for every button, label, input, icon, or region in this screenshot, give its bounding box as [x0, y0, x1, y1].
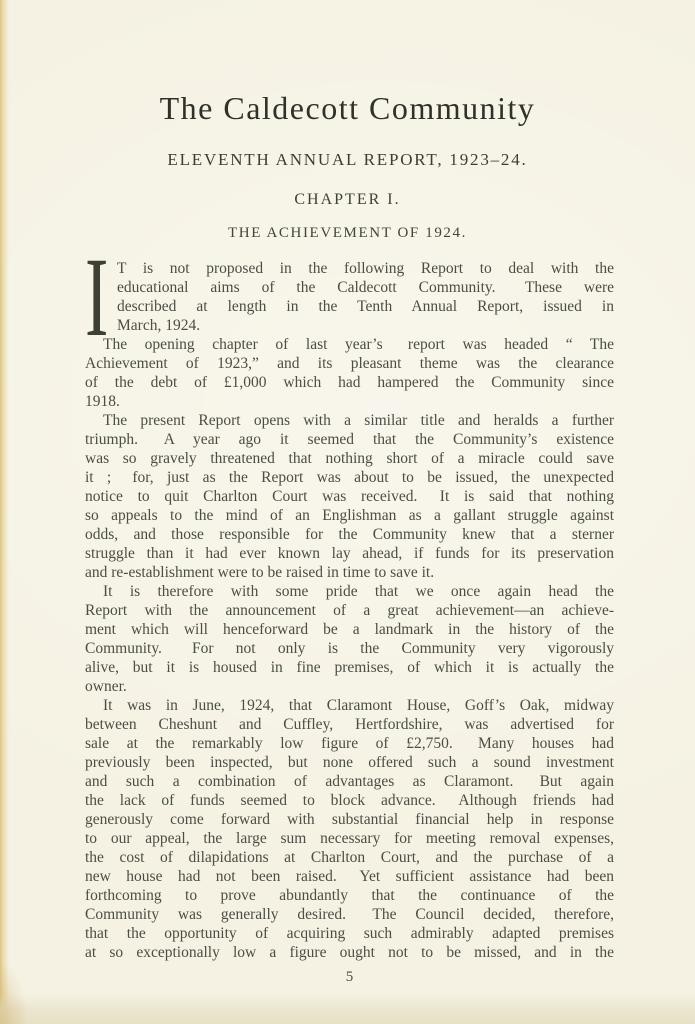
text-line: struggle than it had ever known lay ahea… — [85, 544, 614, 563]
text-line: Community was generally desired. The Cou… — [85, 905, 614, 924]
body-paragraphs: IT is not proposed in the following Repo… — [85, 259, 614, 962]
page-number: 5 — [85, 969, 614, 986]
text-line: it ; for, just as the Report was about t… — [85, 468, 614, 487]
text-line: previously been inspected, but none offe… — [85, 753, 614, 772]
text-line: 1918. — [85, 392, 614, 411]
text-line: and re-establishment were to be raised i… — [85, 563, 614, 582]
text-line: March, 1924. — [85, 316, 614, 335]
text-line: and such a combination of advantages as … — [85, 772, 614, 791]
report-subtitle: ELEVENTH ANNUAL REPORT, 1923–24. — [0, 150, 695, 170]
drop-cap-letter: I — [85, 260, 100, 335]
text-line: new house had not been raised. Yet suffi… — [85, 867, 614, 886]
section-heading: THE ACHIEVEMENT OF 1924. — [0, 225, 695, 242]
page-title: The Caldecott Community — [0, 90, 695, 127]
text-line: Achievement of 1923,” and its pleasant t… — [85, 354, 614, 373]
text-line: of the debt of £1,000 which had hampered… — [85, 373, 614, 392]
text-line: It is therefore with some pride that we … — [85, 582, 614, 601]
text-line: described at length in the Tenth Annual … — [85, 297, 614, 316]
text-line: odds, and those responsible for the Comm… — [85, 525, 614, 544]
text-line: notice to quit Charlton Court was receiv… — [85, 487, 614, 506]
page-left-edge-shadow — [0, 0, 9, 1024]
text-line: ment which will henceforward be a landma… — [85, 620, 614, 639]
text-line: The opening chapter of last year’s repor… — [85, 335, 614, 354]
text-line: the cost of dilapidations at Charlton Co… — [85, 848, 614, 867]
document-page: The Caldecott Community ELEVENTH ANNUAL … — [0, 0, 695, 1024]
text-line: educational aims of the Caldecott Commun… — [85, 278, 614, 297]
text-line: IT is not proposed in the following Repo… — [85, 259, 614, 278]
page-corner-smudge — [0, 964, 26, 1024]
page-bottom-edge-shadow — [0, 994, 695, 1024]
text-line: was so gravely threatened that nothing s… — [85, 449, 614, 468]
text-line: The present Report opens with a similar … — [85, 411, 614, 430]
text-line: to our appeal, the large sum necessary f… — [85, 829, 614, 848]
text-line: alive, but it is housed in fine premises… — [85, 658, 614, 677]
text-line: forthcoming to prove abundantly that the… — [85, 886, 614, 905]
text-line: Community. For not only is the Community… — [85, 639, 614, 658]
text-line: between Cheshunt and Cuffley, Hertfordsh… — [85, 715, 614, 734]
text-line: at so exceptionally low a figure ought n… — [85, 943, 614, 962]
text-line: owner. — [85, 677, 614, 696]
text-line: Report with the announcement of a great … — [85, 601, 614, 620]
text-line: so appeals to the mind of an Englishman … — [85, 506, 614, 525]
text-line: sale at the remarkably low figure of £2,… — [85, 734, 614, 753]
chapter-heading: CHAPTER I. — [0, 191, 695, 209]
text-line: triumph. A year ago it seemed that the C… — [85, 430, 614, 449]
text-line: It was in June, 1924, that Claramont Hou… — [85, 696, 614, 715]
text-line: generously come forward with substantial… — [85, 810, 614, 829]
text-line: the lack of funds seemed to block advanc… — [85, 791, 614, 810]
text-line: that the opportunity of acquiring such a… — [85, 924, 614, 943]
